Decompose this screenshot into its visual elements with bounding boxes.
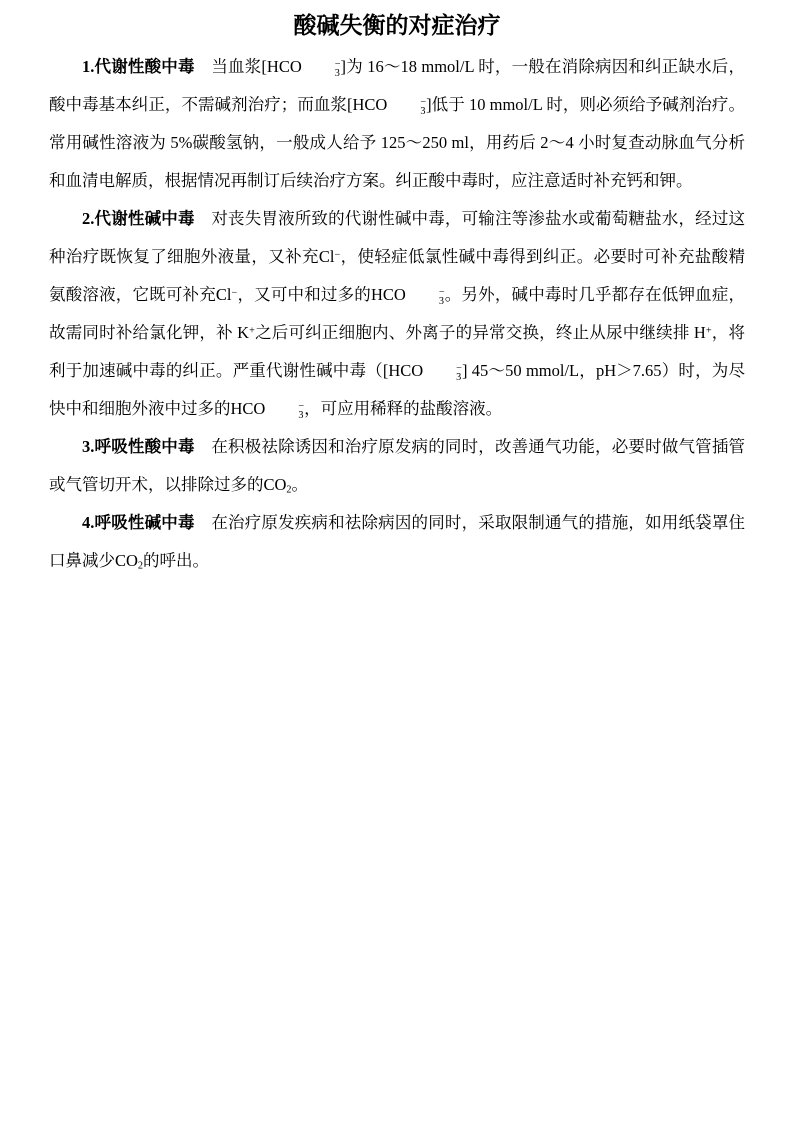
chemical-formula: CO2 xyxy=(264,475,292,494)
paragraph: 1.代谢性酸中毒 当血浆[HCO−3]为 16～18 mmol/L 时，一般在消… xyxy=(49,48,745,200)
chemical-formula: CO2 xyxy=(115,551,143,570)
paragraph-heading: 3.呼吸性酸中毒 xyxy=(82,437,195,456)
document-page: 酸碱失衡的对症治疗 1.代谢性酸中毒 当血浆[HCO−3]为 16～18 mmo… xyxy=(0,0,793,1122)
chemical-formula: HCO−3 xyxy=(231,399,305,418)
document-body: 1.代谢性酸中毒 当血浆[HCO−3]为 16～18 mmol/L 时，一般在消… xyxy=(49,48,745,580)
paragraph: 3.呼吸性酸中毒 在积极祛除诱因和治疗原发病的同时，改善通气功能，必要时做气管插… xyxy=(49,428,745,504)
chemical-formula: Cl− xyxy=(216,285,237,304)
paragraph-heading: 4.呼吸性碱中毒 xyxy=(82,513,195,532)
text-run: ，可应用稀释的盐酸溶液。 xyxy=(304,399,502,418)
chemical-formula: K+ xyxy=(237,323,255,342)
chemical-formula: HCO−3 xyxy=(267,57,341,76)
chemical-formula: HCO−3 xyxy=(353,95,427,114)
paragraph: 4.呼吸性碱中毒 在治疗原发疾病和祛除病因的同时，采取限制通气的措施，如用纸袋罩… xyxy=(49,504,745,580)
paragraph: 2.代谢性碱中毒 对丧失胃液所致的代谢性碱中毒，可输注等渗盐水或葡萄糖盐水，经过… xyxy=(49,200,745,428)
chemical-formula: H+ xyxy=(694,323,712,342)
chemical-formula: Cl− xyxy=(319,247,340,266)
chemical-formula: HCO−3 xyxy=(371,285,445,304)
text-run: ，又可中和过多的 xyxy=(237,285,371,304)
text-run: 。 xyxy=(292,475,309,494)
page-title: 酸碱失衡的对症治疗 xyxy=(49,8,745,44)
paragraph-heading: 2.代谢性碱中毒 xyxy=(82,209,195,228)
text-run: 之后可纠正细胞内、外离子的异常交换，终止从尿中继续排 xyxy=(255,323,694,342)
chemical-formula: HCO−3 xyxy=(388,361,462,380)
paragraph-heading: 1.代谢性酸中毒 xyxy=(82,57,195,76)
text-run: 当血浆[ xyxy=(195,57,267,76)
text-run: 的呼出。 xyxy=(143,551,209,570)
